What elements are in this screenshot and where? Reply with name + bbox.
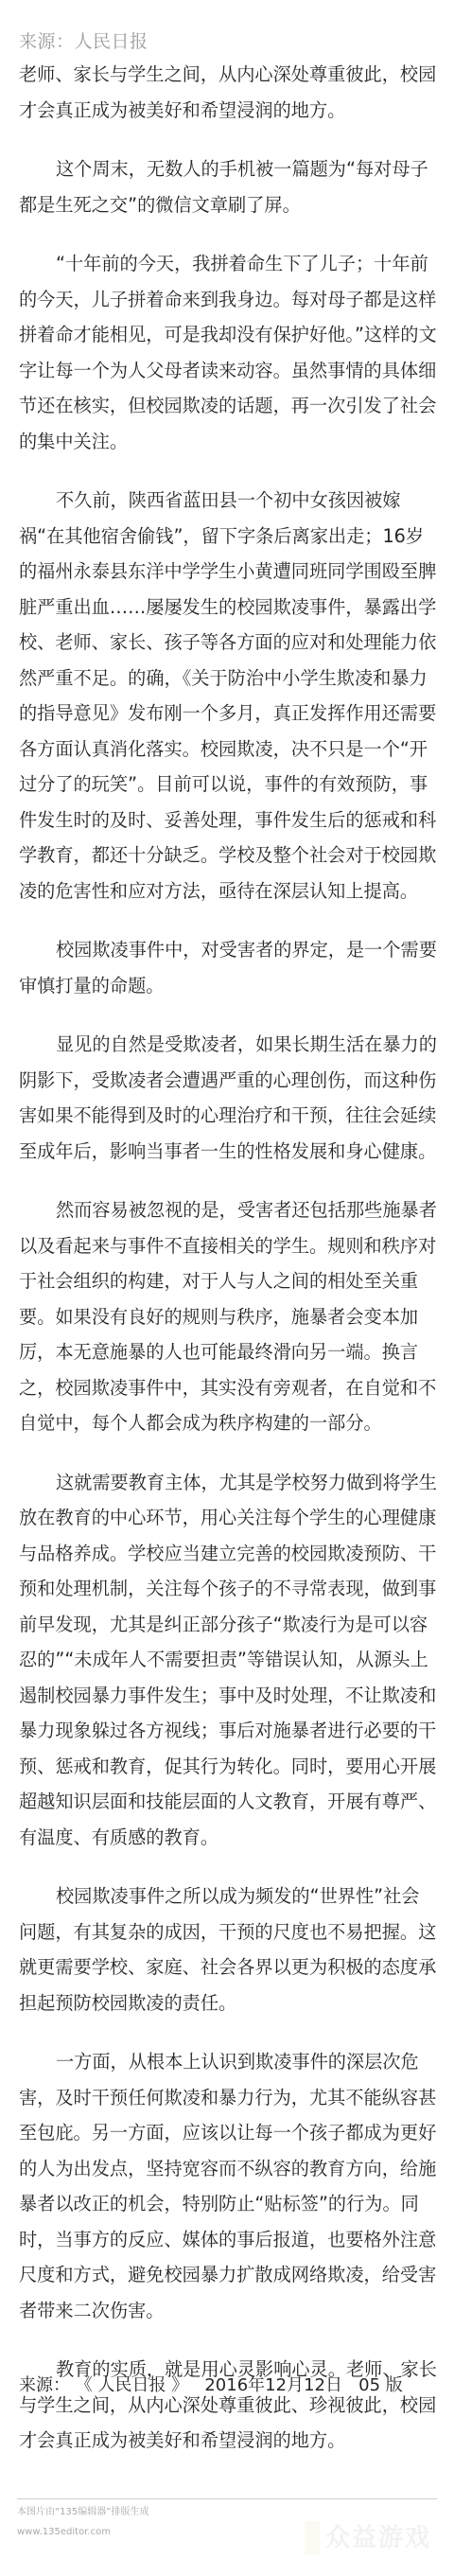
source-citation: 来源： 《 人民日报 》 2016年12月12日 05 版 bbox=[19, 2372, 403, 2400]
lead-paragraph: 老师、家长与学生之间，从内心深处尊重彼此，校园才会真正成为被美好和希望浸润的地方… bbox=[19, 57, 437, 128]
editor-url[interactable]: www.135editor.com bbox=[17, 2526, 111, 2539]
paragraph-two-aspects: 一方面，从根本上认识到欺凌事件的深层次危害，及时干预任何欺凌和暴力行为，尤其不能… bbox=[19, 2044, 437, 2328]
source-label: 来源： bbox=[19, 2375, 70, 2395]
paragraph-global-issue: 校园欺凌事件之所以成为频发的“世界性”社会问题，有其复杂的成因，干预的尺度也不易… bbox=[19, 1879, 437, 2020]
paragraph-conclusion: 教育的实质，就是用心灵影响心灵。老师、家长与学生之间，从内心深处尊重彼此、珍视彼… bbox=[19, 2352, 437, 2459]
source-publication: 《 人民日报 》 bbox=[76, 2375, 188, 2395]
watermark-icon bbox=[305, 2521, 320, 2555]
paragraph-incidents: 不久前，陕西省蓝田县一个初中女孩因被嫁祸“在其他宿舍偷钱”，留下字条后离家出走；… bbox=[19, 483, 437, 909]
editor-credit: 本图片由“135编辑器”排版生成 bbox=[17, 2506, 148, 2519]
source-header: 来源：人民日报 bbox=[19, 25, 148, 59]
paragraph-victim-definition: 校园欺凌事件中，对受害者的界定，是一个需要审慎打量的命题。 bbox=[19, 932, 437, 1003]
source-date: 2016年12月12日 bbox=[204, 2375, 342, 2395]
paragraph-quote: “十年前的今天，我拼着命生下了儿子；十年前的今天，儿子拼着命来到我身边。每对母子… bbox=[19, 246, 437, 459]
article-body: 老师、家长与学生之间，从内心深处尊重彼此，校园才会真正成为被美好和希望浸润的地方… bbox=[19, 57, 437, 2482]
footer-divider bbox=[17, 2498, 437, 2499]
paragraph-wechat-article: 这个周末，无数人的手机被一篇题为“每对母子都是生死之交”的微信文章刷了屏。 bbox=[19, 151, 437, 222]
paragraph-education: 这就需要教育主体，尤其是学校努力做到将学生放在教育的中心环节，用心关注每个学生的… bbox=[19, 1465, 437, 1856]
watermark-logo: 众益游戏 bbox=[305, 2521, 445, 2565]
watermark-text: 众益游戏 bbox=[325, 2524, 431, 2552]
paragraph-bystanders: 然而容易被忽视的是，受害者还包括那些施暴者以及看起来与事件不直接相关的学生。规则… bbox=[19, 1192, 437, 1441]
paragraph-bullied: 显见的自然是受欺凌者，如果长期生活在暴力的阴影下，受欺凌者会遭遇严重的心理创伤，… bbox=[19, 1027, 437, 1169]
source-page: 05 版 bbox=[358, 2375, 403, 2395]
